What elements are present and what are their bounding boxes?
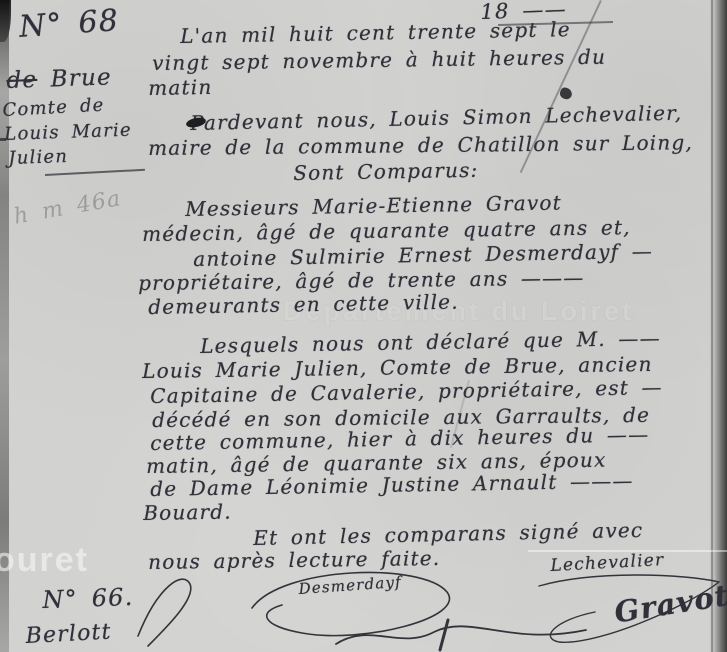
page-right-edge-line	[711, 0, 713, 652]
body-line: Sont Comparus:	[293, 158, 479, 185]
margin-flourish	[45, 169, 145, 176]
body-line: maire de la commune de Chatillon sur Loi…	[148, 130, 693, 160]
margin-name-line: de Brue	[6, 64, 112, 94]
margin-line: Julien	[8, 146, 68, 169]
body-line: demeurants en cette ville.	[148, 290, 459, 319]
pencil-note: h m 46a	[12, 186, 123, 229]
margin-entry-number: N° 68	[18, 3, 120, 45]
body-line: Et ont les comparans signé avec	[253, 518, 644, 550]
archive-watermark-fragment: ouret	[0, 541, 89, 580]
edge-mark	[0, 138, 6, 141]
next-entry-margin-name: Berlott	[25, 619, 112, 648]
margin-line: Louis Marie	[4, 120, 132, 145]
signature-flourish	[128, 566, 220, 652]
body-line: Pardevant nous, Louis Simon Lechevalier,	[190, 101, 683, 135]
body-line: L'an mil huit cent trente sept le	[180, 17, 571, 48]
body-line: matin	[148, 75, 213, 100]
next-entry-number: N° 66.	[42, 583, 134, 614]
signature-flourish	[330, 616, 595, 652]
binding-mark	[0, 0, 11, 42]
ink-blot	[558, 86, 573, 100]
deceased-surname: Brue	[50, 64, 112, 92]
page-left-edge	[0, 0, 9, 652]
struck-word: de	[6, 67, 38, 94]
scanned-register-page: Departement du Loiret ouret 18 —— N° 68 …	[0, 0, 727, 652]
body-line: Bouard.	[143, 499, 232, 525]
margin-line: Comte de	[2, 95, 105, 121]
body-line: vingt sept novembre à huit heures du	[152, 45, 606, 75]
